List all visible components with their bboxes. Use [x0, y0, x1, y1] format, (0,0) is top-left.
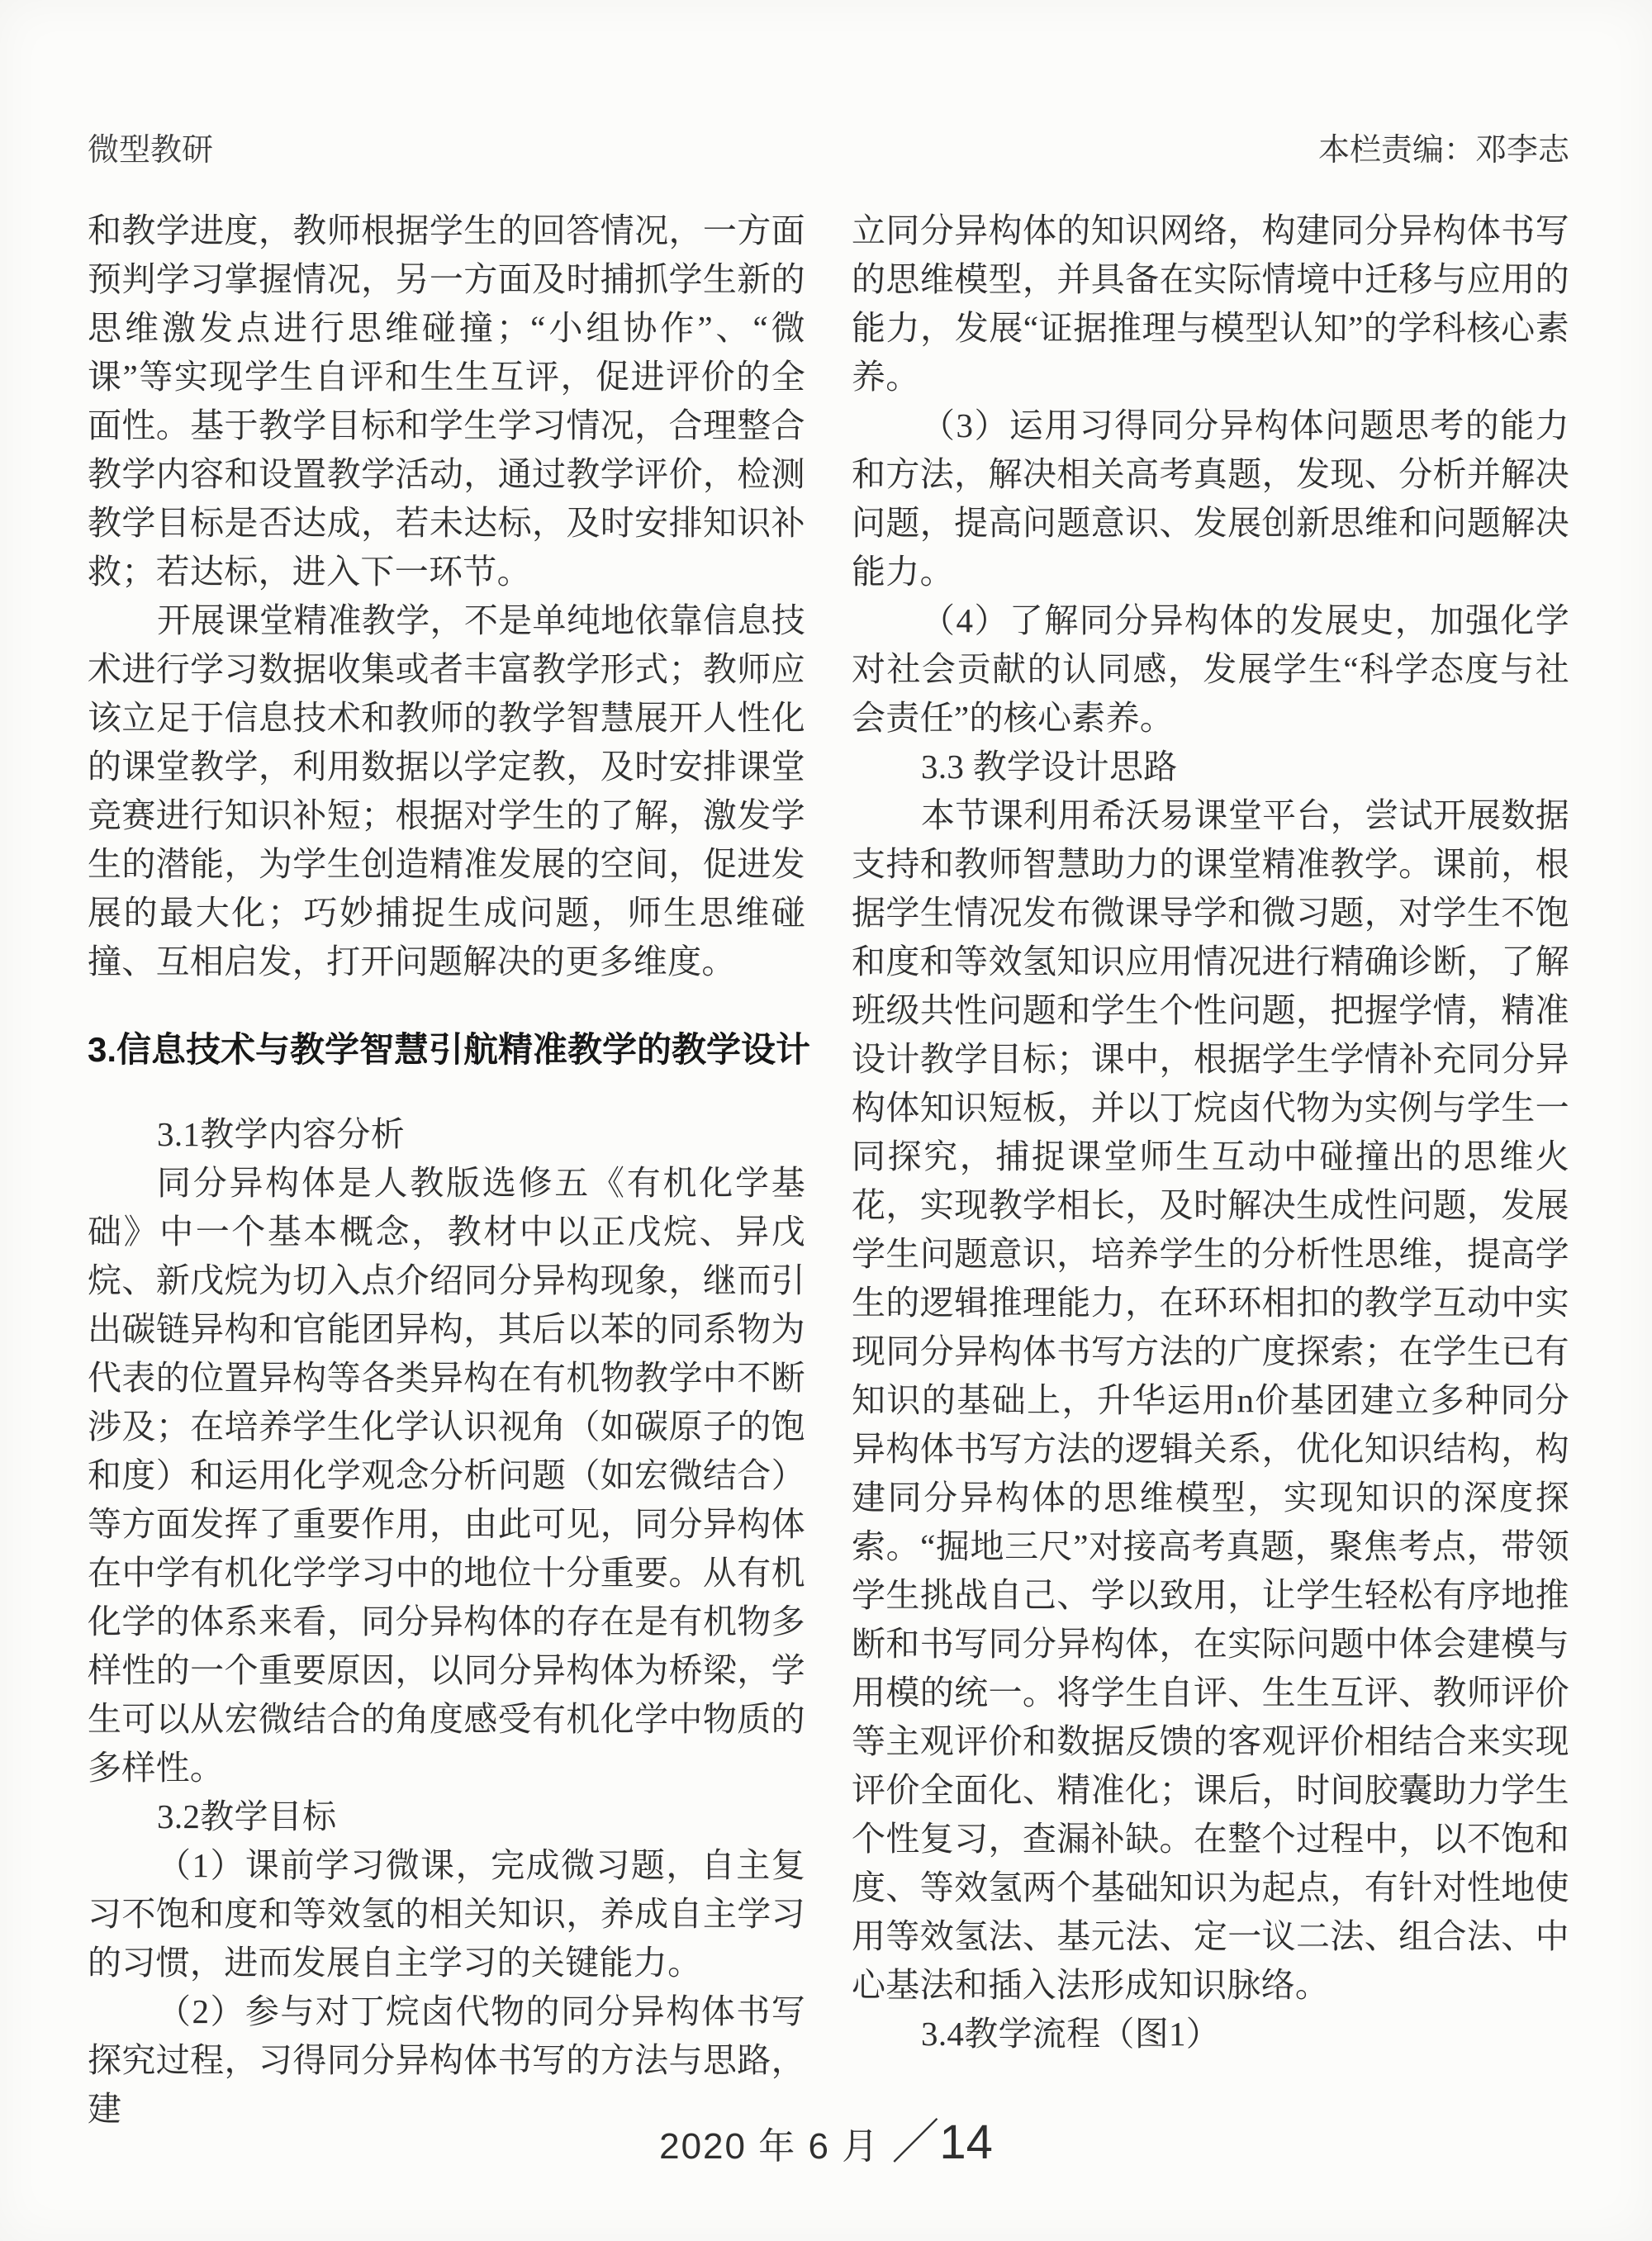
subsection-heading: 3.4教学流程（图1） [852, 2010, 1569, 2058]
paragraph: 开展课堂精准教学，不是单纯地依靠信息技术进行学习数据收集或者丰富教学形式；教师应… [88, 596, 805, 986]
paragraph: 立同分异构体的知识网络，构建同分异构体书写的思维模型，并具备在实际情境中迁移与应… [852, 207, 1569, 401]
paragraph: （4）了解同分异构体的发展史，加强化学对社会贡献的认同感，发展学生“科学态度与社… [852, 596, 1569, 743]
subsection-heading: 3.2教学目标 [88, 1792, 805, 1841]
subsection-heading: 3.3 教学设计思路 [852, 743, 1569, 791]
article-body: 和教学进度，教师根据学生的回答情况，一方面预判学习掌握情况，另一方面及时捕抓学生… [88, 207, 1569, 2134]
page-footer: 2020 年 6 月 ／14 [0, 2103, 1652, 2172]
page-header: 微型教研 本栏责编：邓李志 [88, 124, 1569, 169]
paragraph: 和教学进度，教师根据学生的回答情况，一方面预判学习掌握情况，另一方面及时捕抓学生… [88, 207, 805, 596]
issue-date: 2020 年 6 月 [659, 2126, 891, 2167]
page-number: ／14 [891, 2115, 993, 2169]
paragraph: （1）课前学习微课，完成微习题，自主复习不饱和度和等效氢的相关知识，养成自主学习… [88, 1841, 805, 1987]
right-column: 立同分异构体的知识网络，构建同分异构体书写的思维模型，并具备在实际情境中迁移与应… [852, 207, 1569, 2134]
journal-page: 微型教研 本栏责编：邓李志 和教学进度，教师根据学生的回答情况，一方面预判学习掌… [0, 0, 1652, 2241]
editor-credit: 本栏责编：邓李志 [1318, 124, 1569, 169]
paragraph: 本节课利用希沃易课堂平台，尝试开展数据支持和教师智慧助力的课堂精准教学。课前，根… [852, 791, 1569, 2010]
paragraph: （3）运用习得同分异构体问题思考的能力和方法，解决相关高考真题，发现、分析并解决… [852, 401, 1569, 596]
subsection-heading: 3.1教学内容分析 [88, 1110, 805, 1159]
paragraph: 同分异构体是人教版选修五《有机化学基础》中一个基本概念，教材中以正戊烷、异戊烷、… [88, 1159, 805, 1792]
section-heading: 3.信息技术与教学智慧引航精准教学的教学设计 [88, 1024, 805, 1075]
left-column: 和教学进度，教师根据学生的回答情况，一方面预判学习掌握情况，另一方面及时捕抓学生… [88, 207, 805, 2134]
column-section-title: 微型教研 [88, 124, 213, 169]
